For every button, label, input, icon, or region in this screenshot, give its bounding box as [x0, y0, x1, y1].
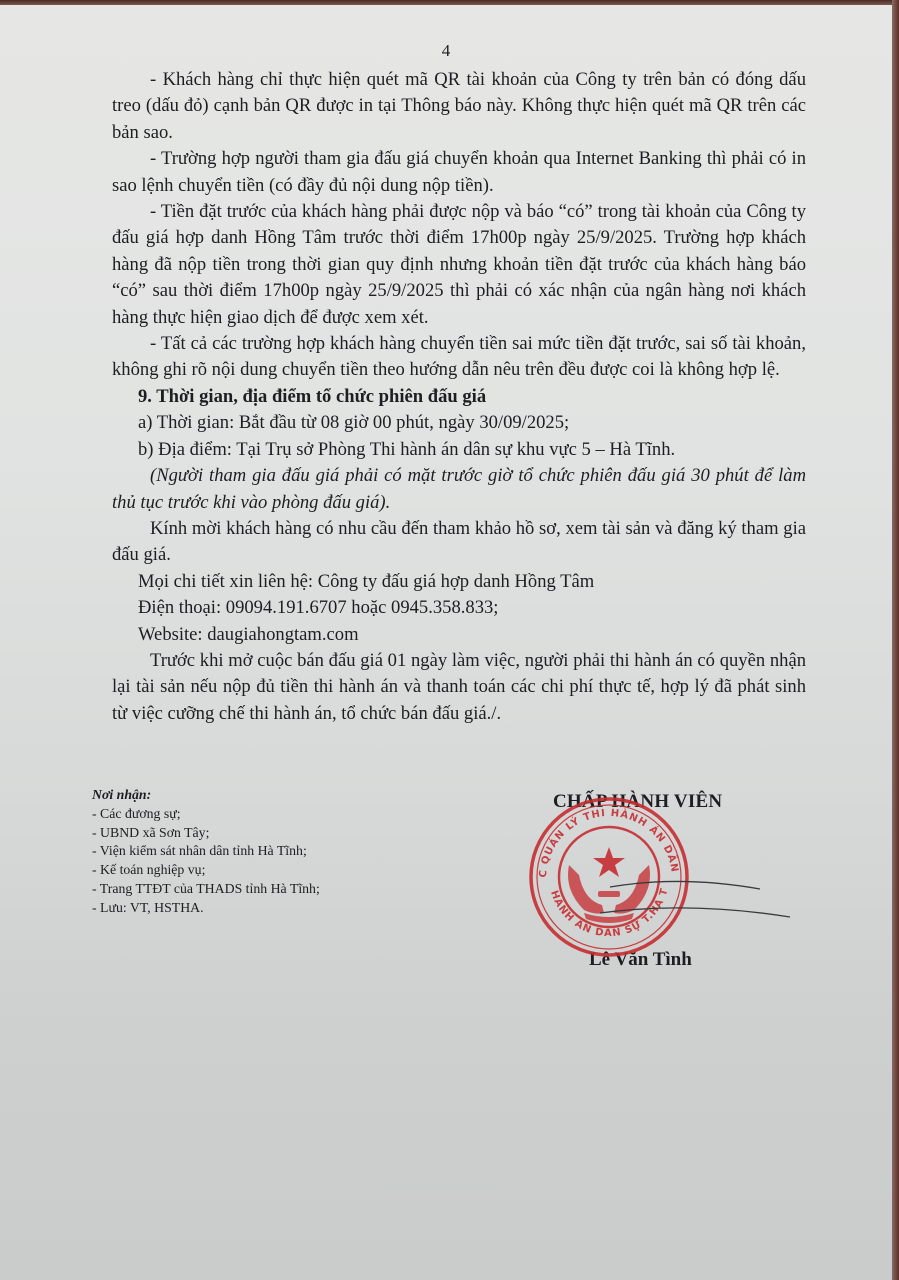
page-number: 4	[0, 41, 892, 61]
recipient-item: - UBND xã Sơn Tây;	[92, 824, 412, 843]
paragraph-invalid-transfer: - Tất cả các trường hợp khách hàng chuyể…	[112, 331, 806, 384]
document-page: 4 - Khách hàng chỉ thực hiện quét mã QR …	[0, 5, 892, 1280]
attendance-note: (Người tham gia đấu giá phải có mặt trướ…	[112, 463, 806, 516]
auction-location: b) Địa điểm: Tại Trụ sở Phòng Thi hành á…	[112, 437, 806, 463]
invitation-paragraph: Kính mời khách hàng có nhu cầu đến tham …	[112, 516, 806, 569]
signature-strokes	[590, 865, 790, 935]
recipients-block: Nơi nhận: - Các đương sự; - UBND xã Sơn …	[92, 786, 412, 918]
recipient-item: - Trang TTĐT của THADS tỉnh Hà Tĩnh;	[92, 880, 412, 899]
paragraph-qr-note: - Khách hàng chỉ thực hiện quét mã QR tà…	[112, 67, 806, 146]
contact-phone: Điện thoại: 09094.191.6707 hoặc 0945.358…	[112, 595, 806, 621]
contact-website: Website: daugiahongtam.com	[112, 622, 806, 648]
section-9-heading: 9. Thời gian, địa điểm tổ chức phiên đấu…	[112, 384, 806, 410]
photo-right-edge	[892, 0, 899, 1280]
paragraph-deposit-deadline: - Tiền đặt trước của khách hàng phải đượ…	[112, 199, 806, 331]
recipients-title: Nơi nhận:	[92, 786, 412, 805]
recipients-list: - Các đương sự; - UBND xã Sơn Tây; - Việ…	[92, 805, 412, 918]
paragraph-internet-banking: - Trường hợp người tham gia đấu giá chuy…	[112, 146, 806, 199]
recipient-item: - Lưu: VT, HSTHA.	[92, 899, 412, 918]
document-body: - Khách hàng chỉ thực hiện quét mã QR tà…	[112, 67, 806, 727]
recipient-item: - Kế toán nghiệp vụ;	[92, 861, 412, 880]
closing-paragraph: Trước khi mở cuộc bán đấu giá 01 ngày là…	[112, 648, 806, 727]
recipient-item: - Viện kiểm sát nhân dân tỉnh Hà Tĩnh;	[92, 842, 412, 861]
auction-time: a) Thời gian: Bắt đầu từ 08 giờ 00 phút,…	[112, 410, 806, 436]
contact-company: Mọi chi tiết xin liên hệ: Công ty đấu gi…	[112, 569, 806, 595]
recipient-item: - Các đương sự;	[92, 805, 412, 824]
